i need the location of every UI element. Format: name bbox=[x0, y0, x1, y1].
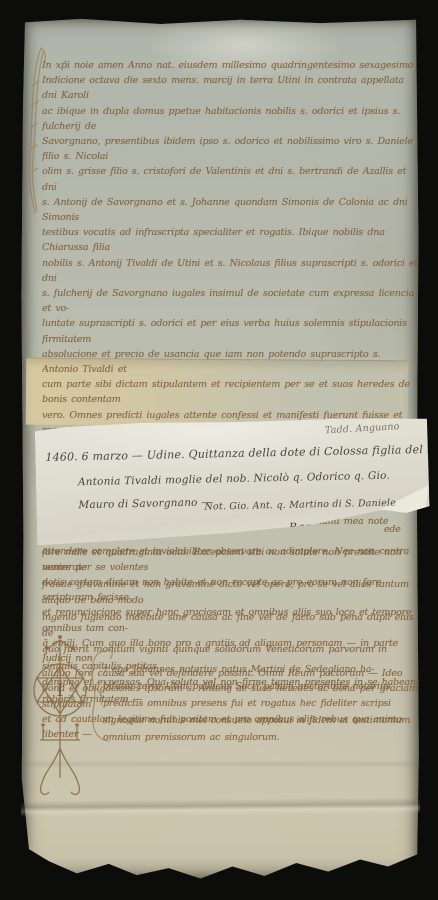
manuscript-fragment: ede bbox=[384, 524, 401, 535]
notary-right-leg bbox=[60, 748, 79, 794]
slip-names-line: Antonia Tivaldi moglie del nob. Nicolò q… bbox=[78, 470, 390, 489]
notary-subscription: † ego Johannes notarius natus Martini de… bbox=[103, 661, 415, 746]
scanner-background: In xp̃i noie amen Anno nat. eiusdem mill… bbox=[0, 0, 438, 900]
notary-left-leg bbox=[41, 748, 60, 794]
notary-sign-icon: I bbox=[24, 628, 96, 803]
notary-mark-letter: I bbox=[57, 681, 64, 701]
slip-notary-line: Not. Gio. Ant. q. Martino di S. Daniele bbox=[204, 498, 396, 513]
slip-corner-note: Tadd. Anguano bbox=[325, 421, 400, 436]
slip-names-line-2: Mauro di Savorgnano — bbox=[78, 496, 212, 511]
fold-crease-minor bbox=[21, 760, 420, 768]
slip-date-line: 1460. 6 marzo — Udine. Quittanza della d… bbox=[45, 442, 438, 464]
